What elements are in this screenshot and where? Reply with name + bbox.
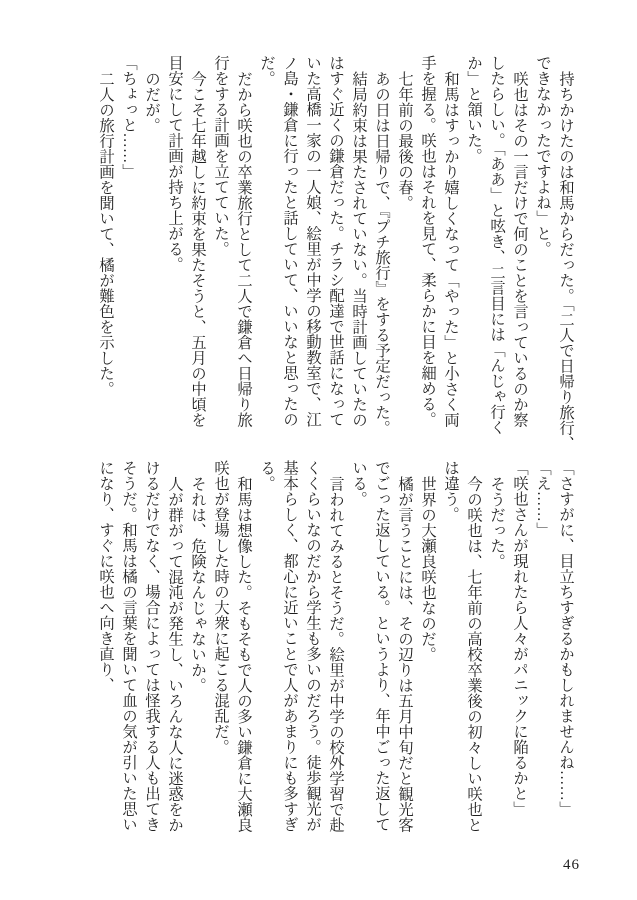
text-line: そうだった。 <box>485 460 508 846</box>
text-line: けるだけでなく、場合によっては怪我する人も出てき <box>140 460 163 846</box>
text-line: 人が群がって混沌が発生し、いろんな人に迷惑をか <box>163 460 186 846</box>
text-block-top: 持ちかけたのは和馬からだった。「二人で日帰り旅行、できなかったですよね」と。咲也… <box>94 55 577 441</box>
text-line: 「咲也さんが現れたら人々がパニックに陥るかと」 <box>508 460 531 846</box>
text-line: 世界の大瀬良咲也なのだ。 <box>416 460 439 846</box>
text-line: だから咲也の卒業旅行として二人で鎌倉へ日帰り旅 <box>232 55 255 441</box>
text-line: あの日は日帰りで、『プチ旅行』をする予定だった。 <box>370 55 393 441</box>
text-line: できなかったですよね」と。 <box>531 55 554 441</box>
text-line: でごった返している。というより、年中ごった返して <box>370 460 393 846</box>
novel-page: 持ちかけたのは和馬からだった。「二人で日帰り旅行、できなかったですよね」と。咲也… <box>0 0 637 900</box>
text-line: 和馬は想像した。そもそもで人の多い鎌倉に大瀬良 <box>232 460 255 846</box>
text-line: 和馬はすっかり嬉しくなって「やった」と小さく両 <box>439 55 462 441</box>
text-line: る。 <box>255 460 278 846</box>
text-line: 持ちかけたのは和馬からだった。「二人で日帰り旅行、 <box>554 55 577 441</box>
text-line: 目安にして計画が持ち上がる。 <box>163 55 186 441</box>
text-line: は違う。 <box>439 460 462 846</box>
text-line: 結局約束は果たされていない。当時計画していたの <box>347 55 370 441</box>
text-line: したらしい。「ああ」と呟き、二言目には「んじゃ行く <box>485 55 508 441</box>
text-line: 今こそ七年越しに約束を果たそうと、五月の中頃を <box>186 55 209 441</box>
text-line: 橘が言うことには、その辺りは五月中旬だと観光客 <box>393 460 416 846</box>
page-number: 46 <box>563 857 580 874</box>
text-line: 手を握る。咲也はそれを見て、柔らかに目を細める。 <box>416 55 439 441</box>
text-line: それは、危険なんじゃないか。 <box>186 460 209 846</box>
text-line: か」と頷いた。 <box>462 55 485 441</box>
text-line: 基本らしく、都心に近いことで人があまりにも多すぎ <box>278 460 301 846</box>
text-line: はすぐ近くの鎌倉だった。チラシ配達で世話になって <box>324 55 347 441</box>
text-line: いる。 <box>347 460 370 846</box>
text-line: 「ちょっと……」 <box>117 55 140 441</box>
text-line: になり、すぐに咲也へ向き直り、 <box>94 460 117 846</box>
text-line: 七年前の最後の春。 <box>393 55 416 441</box>
text-line: のだが。 <box>140 55 163 441</box>
text-line: 咲也はその一言だけで何のことを言っているのか察 <box>508 55 531 441</box>
text-line: 「さすがに、目立ちすぎるかもしれませんね……」 <box>554 460 577 846</box>
text-line: くくらいなのだから学生も多いのだろう。徒歩観光が <box>301 460 324 846</box>
text-line: 二人の旅行計画を聞いて、橘が難色を示した。 <box>94 55 117 441</box>
text-line: そうだ。和馬は橘の言葉を聞いて血の気が引いた思い <box>117 460 140 846</box>
text-line: 咲也が登場した時の大衆に起こる混乱だ。 <box>209 460 232 846</box>
text-line: だ。 <box>255 55 278 441</box>
text-line: 「え……」 <box>531 460 554 846</box>
text-line: 行をする計画を立てていた。 <box>209 55 232 441</box>
text-line: ノ島・鎌倉に行ったと話していて、いいなと思ったの <box>278 55 301 441</box>
text-line: いた高橋一家の一人娘、絵里が中学の移動教室で、江 <box>301 55 324 441</box>
text-block-bottom: 「さすがに、目立ちすぎるかもしれませんね……」「え……」「咲也さんが現れたら人々… <box>94 460 577 846</box>
text-line: 今の咲也は、七年前の高校卒業後の初々しい咲也と <box>462 460 485 846</box>
text-line: 言われてみるとそうだ。絵里が中学の校外学習で赴 <box>324 460 347 846</box>
